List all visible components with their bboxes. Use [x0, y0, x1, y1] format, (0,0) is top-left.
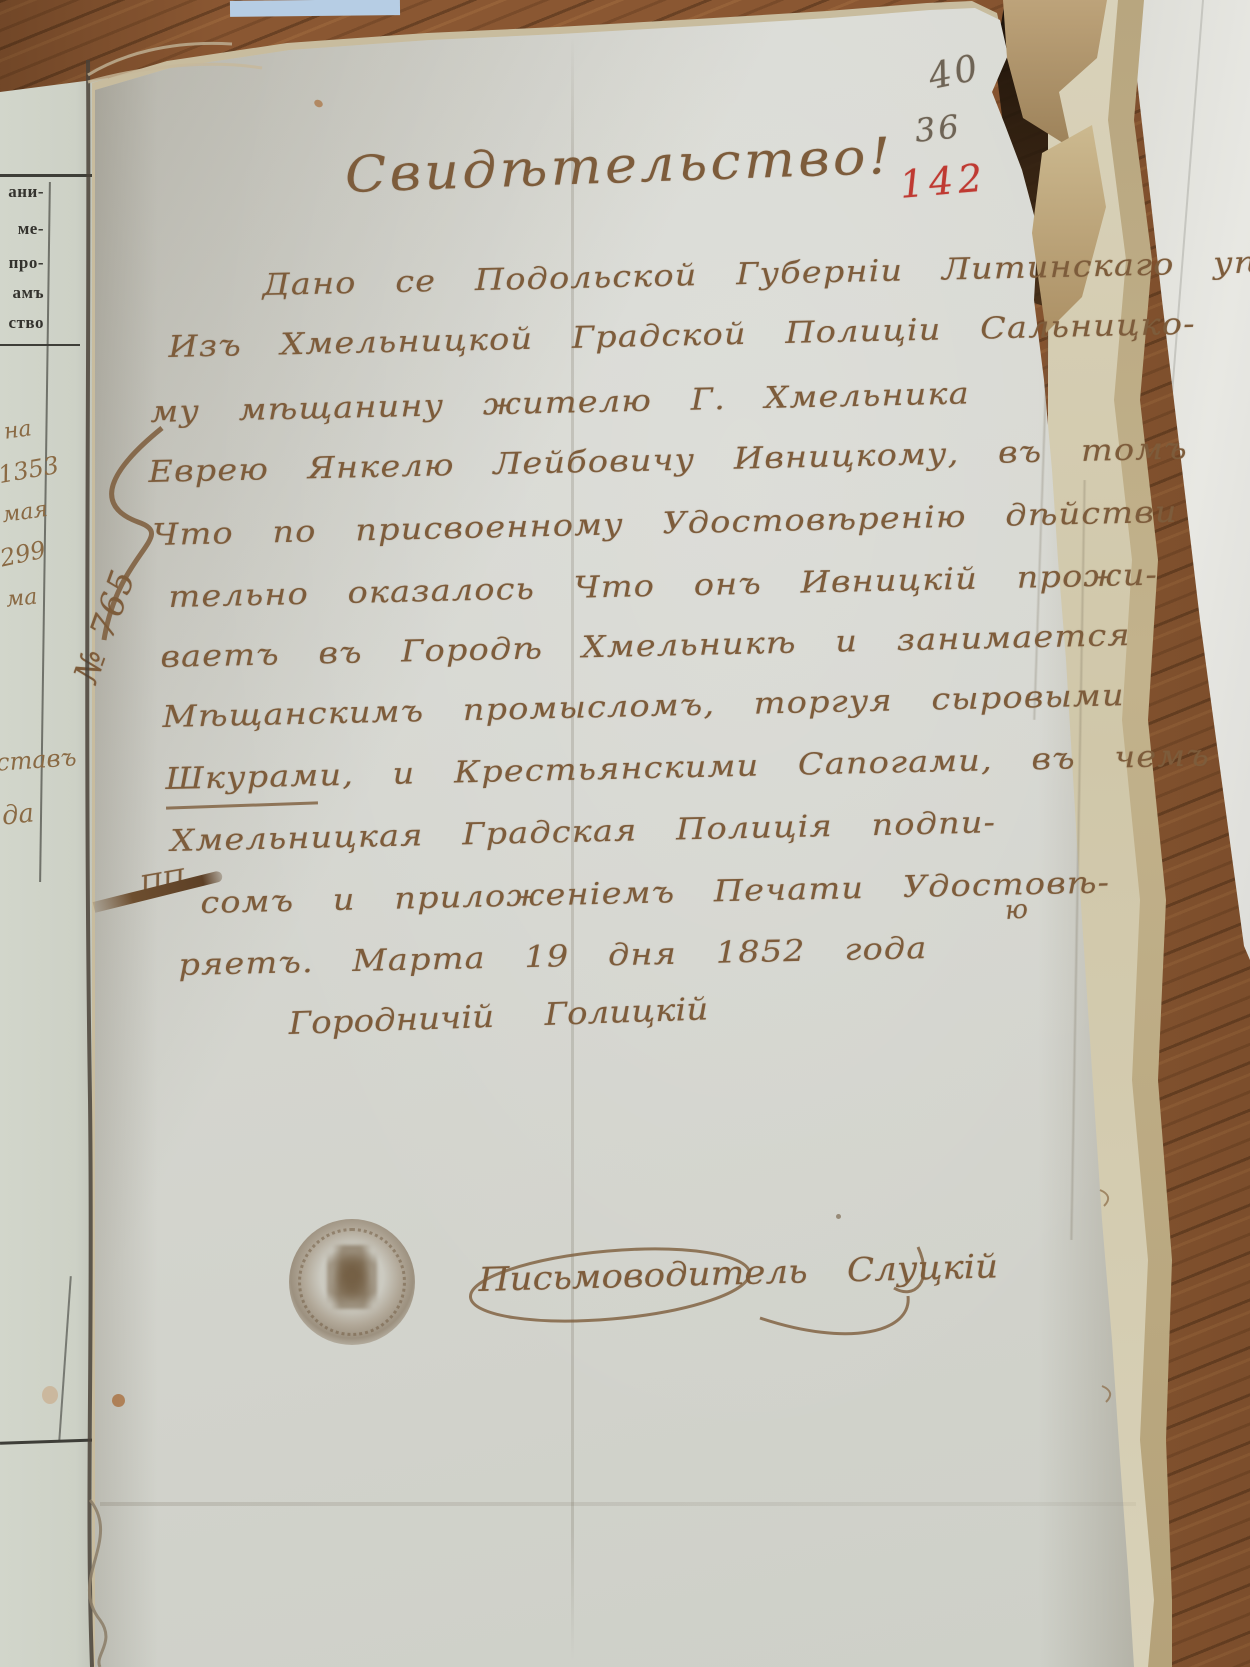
red-folio-number: 142: [898, 155, 989, 206]
printed-text-fragment: ме-: [18, 219, 44, 239]
printed-table-rule-vertical: [58, 1276, 72, 1442]
handwritten-fragment: на: [2, 416, 33, 445]
stain-spot: [42, 1386, 58, 1404]
catchword: ю: [1004, 894, 1029, 926]
printed-text-fragment: ани-: [8, 182, 44, 202]
handwritten-fragment: 299: [0, 536, 48, 573]
stain-spot: [836, 1214, 841, 1219]
printed-table-rule: [0, 344, 80, 346]
pencil-page-number-bottom: 36: [913, 107, 963, 150]
ink-seal: [289, 1219, 415, 1345]
handwritten-fragment: мая: [0, 497, 49, 528]
left-book-page: ани- ме- про- амъ ство на 1353 мая 299 м…: [0, 78, 108, 1667]
handwritten-fragment: да: [1, 798, 36, 831]
fold-crease-horizontal: [100, 1502, 1136, 1506]
printed-text-fragment: про-: [9, 253, 44, 273]
handwritten-fragment: ставъ: [0, 743, 77, 777]
printed-text-fragment: амъ: [13, 283, 45, 303]
stain-spot: [112, 1394, 125, 1407]
seal-eagle-emblem: [327, 1245, 377, 1309]
archival-photo: ани- ме- про- амъ ство на 1353 мая 299 м…: [0, 0, 1250, 1667]
printed-table-rule: [0, 174, 98, 177]
sticky-note: [230, 0, 400, 17]
printed-text-fragment: ство: [9, 313, 44, 333]
printed-table-rule: [0, 1438, 102, 1445]
handwritten-fragment: ма: [5, 584, 39, 612]
handwritten-fragment: 1353: [0, 451, 61, 489]
